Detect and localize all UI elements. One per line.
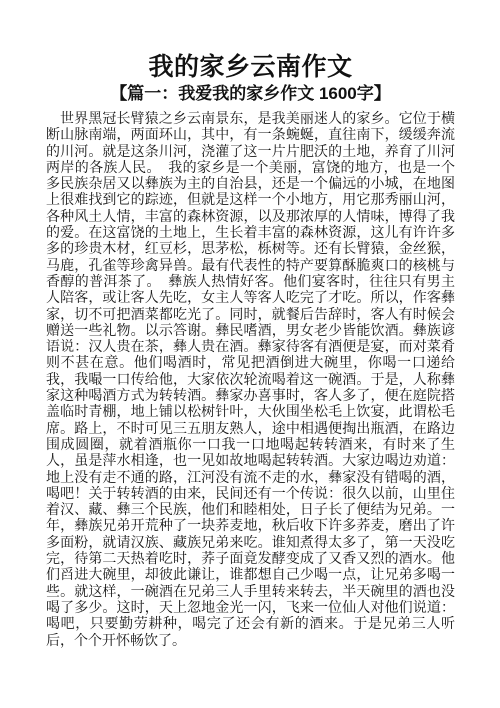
essay-body-text: 世界黑冠长臂猿之乡云南景东，是我美丽迷人的家乡。它位于横断山脉南端，两面环山，其… — [46, 110, 455, 648]
essay-container: 我的家乡云南作文 【篇一：我爱我的家乡作文 1600字】 世界黑冠长臂猿之乡云南… — [46, 52, 455, 648]
essay-title: 我的家乡云南作文 — [46, 52, 455, 83]
document-page: 我的家乡云南作文 【篇一：我爱我的家乡作文 1600字】 世界黑冠长臂猿之乡云南… — [0, 0, 500, 708]
essay-subtitle: 【篇一：我爱我的家乡作文 1600字】 — [46, 83, 455, 104]
